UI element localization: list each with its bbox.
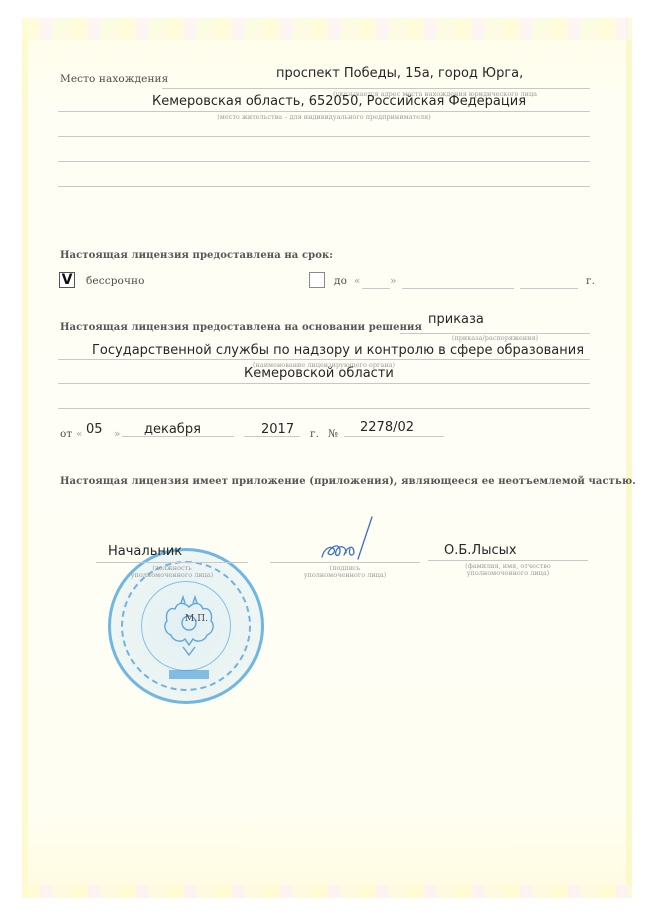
basis-label: Настоящая лицензия предоставлена на осно…: [60, 322, 422, 333]
location-line-2: [58, 111, 590, 112]
location-label: Место нахождения: [60, 73, 168, 85]
decision-type: приказа: [428, 312, 484, 327]
authority-underline-2: [58, 383, 590, 384]
blank-line-1: [58, 136, 590, 137]
indefinite-checkbox[interactable]: V: [59, 272, 75, 288]
signature-hint-2: уполномоченного лица): [270, 571, 420, 579]
until-open-quote: «: [354, 275, 361, 287]
coat-of-arms-eagle-icon: [159, 595, 219, 659]
date-close-quote: »: [114, 428, 121, 440]
appendix-note: Настоящая лицензия имеет приложение (при…: [60, 476, 636, 487]
until-date-checkbox[interactable]: [309, 272, 325, 288]
position-line: [96, 562, 248, 563]
date-open-quote: «: [76, 428, 83, 440]
until-label: до: [334, 275, 347, 287]
location-address-line-1: проспект Победы, 15а, город Юрга,: [276, 66, 523, 81]
location-hint-2: (место жительства – для индивидуального …: [58, 113, 590, 121]
decorative-border-top: [22, 18, 632, 40]
location-address-line-2: Кемеровская область, 652050, Российская …: [152, 94, 526, 109]
license-sheet: [22, 18, 632, 898]
decision-number: 2278/02: [360, 420, 414, 435]
decision-month: декабря: [144, 422, 201, 437]
blank-line-4: [58, 408, 590, 409]
check-mark-icon: V: [62, 273, 73, 287]
decision-day: 05: [86, 422, 103, 437]
until-month-line: [402, 288, 514, 289]
authority-line-2: Кемеровской области: [244, 366, 394, 381]
until-day-line: [362, 288, 390, 289]
decision-type-hint: (приказа/распоряжения): [400, 334, 590, 342]
decision-number-sign: №: [328, 428, 338, 440]
authority-line-1: Государственной службы по надзору и конт…: [92, 343, 584, 358]
name-line: [428, 560, 588, 561]
decision-year: 2017: [261, 422, 294, 437]
until-year-line: [520, 288, 578, 289]
authority-underline-1: [58, 359, 590, 360]
handwritten-signature-icon: [318, 515, 378, 565]
signatory-name: О.Б.Лысых: [444, 543, 517, 558]
blank-line-3: [58, 186, 590, 187]
name-hint-2: уполномоченного лица): [428, 569, 588, 577]
until-close-quote: »: [390, 275, 397, 287]
position-hint-2: уполномоченного лица): [96, 571, 248, 579]
date-prefix: от: [60, 428, 72, 440]
decision-year-suffix: г.: [310, 428, 319, 440]
decorative-border-bottom: [22, 885, 632, 898]
signatory-position: Начальник: [108, 544, 182, 559]
term-label: Настоящая лицензия предоставлена на срок…: [60, 250, 333, 261]
decision-number-line: [344, 436, 444, 437]
blank-line-2: [58, 161, 590, 162]
until-year-suffix: г.: [586, 275, 595, 287]
location-line-1: [162, 88, 590, 89]
signature-line: [270, 562, 420, 563]
seal-placeholder-label: М.П.: [185, 614, 208, 624]
indefinite-label: бессрочно: [86, 275, 145, 287]
